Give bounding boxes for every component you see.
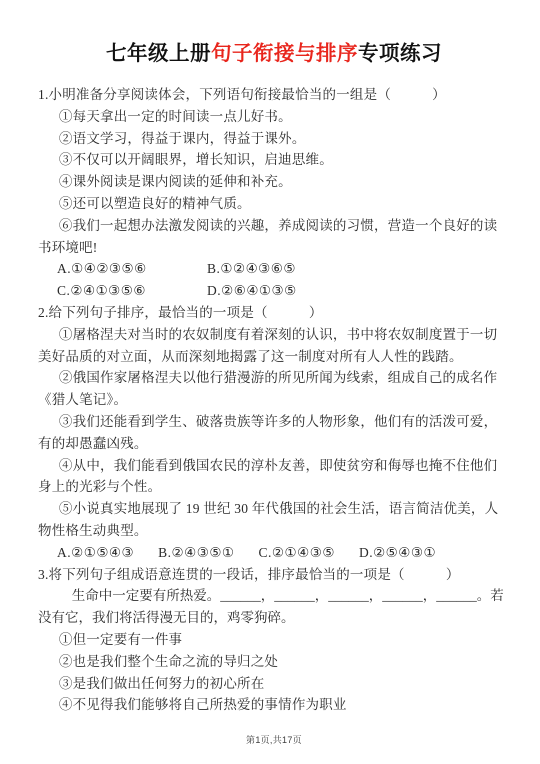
title-prefix: 七年级上册 xyxy=(106,42,211,65)
question-1-item-2: ②语文学习，得益于课内，得益于课外。 xyxy=(38,128,510,150)
question-2-option-a: A.②①⑤④③ xyxy=(57,542,134,564)
question-3-item-3: ③是我们做出任何努力的初心所在 xyxy=(38,673,510,695)
question-2-item-1: ①屠格涅夫对当时的农奴制度有着深刻的认识，书中将农奴制度置于一切美好品质的对立面… xyxy=(38,324,510,368)
question-1-item-3: ③不仅可以开阔眼界，增长知识，启迪思维。 xyxy=(38,149,510,171)
question-2-item-5: ⑤小说真实地展现了 19 世纪 30 年代俄国的社会生活，语言简洁优美，人物性格… xyxy=(38,498,510,542)
page-title: 七年级上册句子衔接与排序专项练习 xyxy=(38,36,510,66)
question-1-item-1: ①每天拿出一定的时间读一点儿好书。 xyxy=(38,106,510,128)
question-1-option-d: D.②⑥④①③⑤ xyxy=(207,280,387,302)
page-number-indicator: 第1页,共17页 xyxy=(38,733,510,746)
question-3: 3.将下列句子组成语意连贯的一段话，排序最恰当的一项是（ ） 生命中一定要有所热… xyxy=(38,564,510,717)
question-2-option-c: C.②①④③⑤ xyxy=(259,542,335,564)
question-1: 1.小明准备分享阅读体会，下列语句衔接最恰当的一组是（ ） ①每天拿出一定的时间… xyxy=(38,84,510,302)
title-highlight: 句子衔接与排序 xyxy=(211,42,358,65)
question-3-item-4: ④不见得我们能够将自己所热爱的事情作为职业 xyxy=(38,694,510,716)
title-suffix: 专项练习 xyxy=(358,42,442,65)
question-2-option-b: B.②④③⑤① xyxy=(158,542,234,564)
question-1-item-6: ⑥我们一起想办法激发阅读的兴趣，养成阅读的习惯，营造一个良好的读书环境吧! xyxy=(38,215,510,259)
question-1-option-c: C.②④①③⑤⑥ xyxy=(57,280,207,302)
question-3-item-2: ②也是我们整个生命之流的导归之处 xyxy=(38,651,510,673)
question-3-stem: 3.将下列句子组成语意连贯的一段话，排序最恰当的一项是（ ） xyxy=(38,564,510,586)
question-2-options: A.②①⑤④③ B.②④③⑤① C.②①④③⑤ D.②⑤④③① xyxy=(57,542,510,564)
question-2-option-d: D.②⑤④③① xyxy=(359,542,436,564)
question-1-stem: 1.小明准备分享阅读体会，下列语句衔接最恰当的一组是（ ） xyxy=(38,84,510,106)
question-3-item-1: ①但一定要有一件事 xyxy=(38,629,510,651)
question-2-item-2: ②俄国作家屠格涅夫以他行猎漫游的所见所闻为线索，组成自己的成名作《猎人笔记》。 xyxy=(38,367,510,411)
question-2-item-3: ③我们还能看到学生、破落贵族等许多的人物形象，他们有的活泼可爱，有的却愚蠢凶残。 xyxy=(38,411,510,455)
question-1-item-5: ⑤还可以塑造良好的精神气质。 xyxy=(38,193,510,215)
worksheet-page: 七年级上册句子衔接与排序专项练习 1.小明准备分享阅读体会，下列语句衔接最恰当的… xyxy=(0,0,540,764)
question-1-options: A.①④②③⑤⑥ B.①②④③⑥⑤ C.②④①③⑤⑥ D.②⑥④①③⑤ xyxy=(57,258,387,302)
question-2-item-4: ④从中，我们能看到俄国农民的淳朴友善，即使贫穷和侮辱也掩不住他们身上的光彩与个性… xyxy=(38,455,510,499)
question-1-option-b: B.①②④③⑥⑤ xyxy=(207,258,387,280)
question-1-item-4: ④课外阅读是课内阅读的延伸和补充。 xyxy=(38,171,510,193)
question-1-option-a: A.①④②③⑤⑥ xyxy=(57,258,207,280)
question-3-lead: 生命中一定要有所热爱。______，______，______，______，_… xyxy=(38,585,510,629)
question-2: 2.给下列句子排序，最恰当的一项是（ ） ①屠格涅夫对当时的农奴制度有着深刻的认… xyxy=(38,302,510,564)
question-2-stem: 2.给下列句子排序，最恰当的一项是（ ） xyxy=(38,302,510,324)
